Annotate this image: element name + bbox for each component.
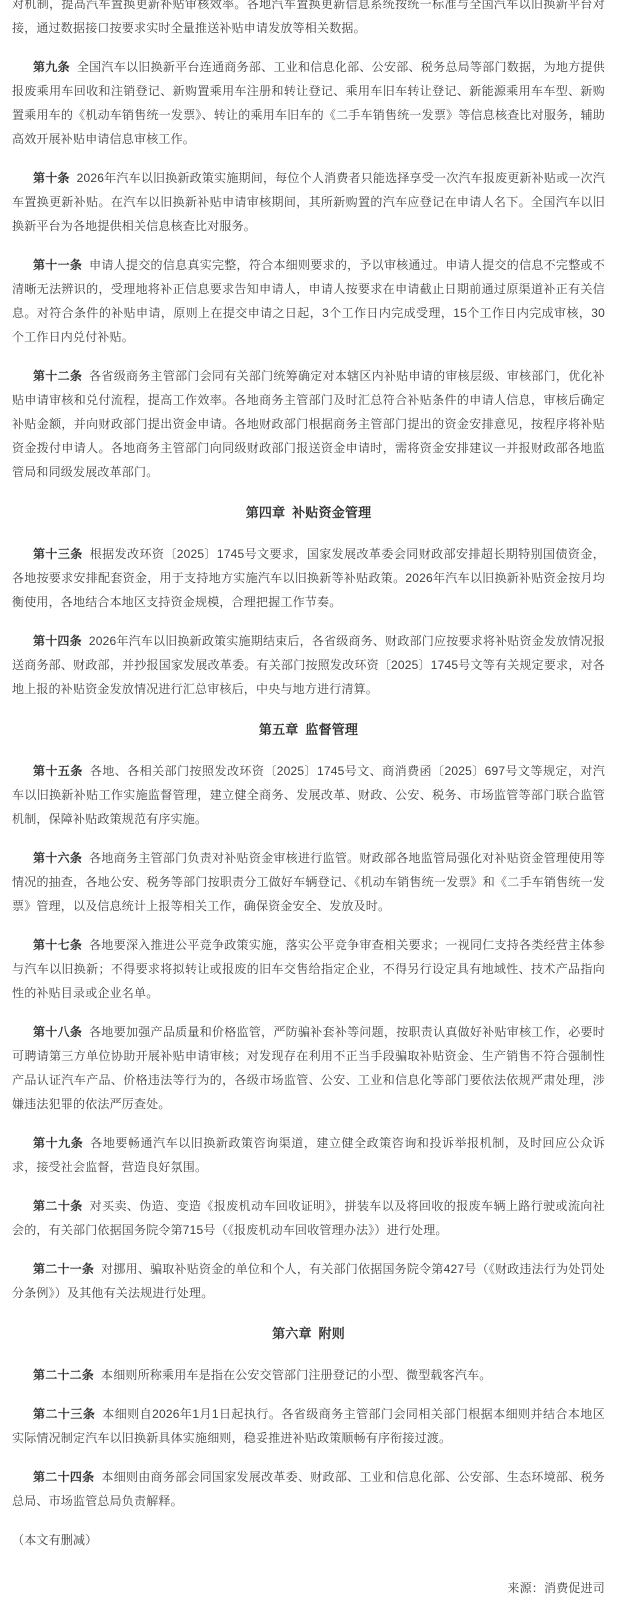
article-paragraph: 第二十四条本细则由商务部会同国家发展改革委、财政部、工业和信息化部、公安部、生态… <box>12 1465 605 1513</box>
article-text: 对买卖、伪造、变造《报废机动车回收证明》，拼装车以及将回收的报废车辆上路行驶或流… <box>12 1199 605 1237</box>
source-attribution: 来源：消费促进司 <box>12 1576 605 1600</box>
article-paragraph: 第二十二条本细则所称乘用车是指在公安交管部门注册登记的小型、微型载客汽车。 <box>12 1363 605 1387</box>
article-text: 2026年汽车以旧换新政策实施期间，每位个人消费者只能选择享受一次汽车报废更新补… <box>12 171 605 233</box>
article-paragraph: 第十三条根据发改环资〔2025〕1745号文要求，国家发展改革委会同财政部安排超… <box>12 542 605 614</box>
article-number: 第十九条 <box>33 1136 90 1150</box>
article-text: 各地要深入推进公平竞争政策实施，落实公平竞争审查相关要求；一视同仁支持各类经营主… <box>12 938 605 1000</box>
article-paragraph: 第十条2026年汽车以旧换新政策实施期间，每位个人消费者只能选择享受一次汽车报废… <box>12 166 605 238</box>
article-number: 第二十四条 <box>33 1470 101 1484</box>
article-number: 第十六条 <box>33 851 89 865</box>
article-number: 第十三条 <box>33 547 90 561</box>
article-paragraph: 第十七条各地要深入推进公平竞争政策实施，落实公平竞争审查相关要求；一视同仁支持各… <box>12 933 605 1005</box>
article-paragraph: 第二十条对买卖、伪造、变造《报废机动车回收证明》，拼装车以及将回收的报废车辆上路… <box>12 1194 605 1242</box>
article-text: 全国汽车以旧换新平台连通商务部、工业和信息化部、公安部、税务总局等部门数据，为地… <box>12 60 605 146</box>
article-number: 第十八条 <box>33 1025 89 1039</box>
article-number: 第十条 <box>33 171 77 185</box>
article-text: 根据发改环资〔2025〕1745号文要求，国家发展改革委会同财政部安排超长期特别… <box>12 547 605 609</box>
article-paragraph: 第十四条2026年汽车以旧换新政策实施期结束后，各省级商务、财政部门应按要求将补… <box>12 629 605 701</box>
chapter-heading: 第四章 补贴资金管理 <box>12 501 605 525</box>
article-number: 第十二条 <box>33 369 89 383</box>
article-text: 各地商务主管部门负责对补贴资金审核进行监管。财政部各地监管局强化对补贴资金管理使… <box>12 851 605 913</box>
article-number: 第十一条 <box>33 258 89 272</box>
article-paragraph: 第十一条申请人提交的信息真实完整，符合本细则要求的，予以审核通过。申请人提交的信… <box>12 253 605 349</box>
article-number: 第二十一条 <box>33 1262 101 1276</box>
article-number: 第九条 <box>33 60 77 74</box>
article-paragraph: 第九条全国汽车以旧换新平台连通商务部、工业和信息化部、公安部、税务总局等部门数据… <box>12 55 605 151</box>
article-text: 本细则所称乘用车是指在公安交管部门注册登记的小型、微型载客汽车。 <box>101 1368 491 1382</box>
article-text: 2026年汽车以旧换新政策实施期结束后，各省级商务、财政部门应按要求将补贴资金发… <box>12 634 605 696</box>
chapter-heading: 第六章 附则 <box>12 1322 605 1346</box>
article-text: 申请人提交的信息真实完整，符合本细则要求的，予以审核通过。申请人提交的信息不完整… <box>12 258 605 344</box>
article-paragraph: 第十九条各地要畅通汽车以旧换新政策咨询渠道，建立健全政策咨询和投诉举报机制，及时… <box>12 1131 605 1179</box>
document-blocks: 第九条全国汽车以旧换新平台连通商务部、工业和信息化部、公安部、税务总局等部门数据… <box>12 55 605 1513</box>
article-number: 第十四条 <box>33 634 89 648</box>
article-paragraph: 第十八条各地要加强产品质量和价格监管，严防骗补套补等问题，按职责认真做好补贴审核… <box>12 1020 605 1116</box>
article-paragraph: 第十六条各地商务主管部门负责对补贴资金审核进行监管。财政部各地监管局强化对补贴资… <box>12 846 605 918</box>
article-paragraph: 第十五条各地、各相关部门按照发改环资〔2025〕1745号文、商消费函〔2025… <box>12 759 605 831</box>
deletion-note: （本文有删减） <box>12 1528 605 1552</box>
article-text: 本细则由商务部会同国家发展改革委、财政部、工业和信息化部、公安部、生态环境部、税… <box>12 1470 605 1508</box>
article-text: 各地要加强产品质量和价格监管，严防骗补套补等问题，按职责认真做好补贴审核工作，必… <box>12 1025 605 1111</box>
chapter-heading: 第五章 监督管理 <box>12 718 605 742</box>
paragraph-continuation: 对机制，提高汽车置换更新补贴审核效率。各地汽车置换更新信息系统按统一标准与全国汽… <box>12 0 605 40</box>
article-number: 第十七条 <box>33 938 89 952</box>
article-text: 对挪用、骗取补贴资金的单位和个人，有关部门依据国务院令第427号（《财政违法行为… <box>12 1262 605 1300</box>
article-paragraph: 第二十三条本细则自2026年1月1日起执行。各省级商务主管部门会同相关部门根据本… <box>12 1402 605 1450</box>
article-paragraph: 第十二条各省级商务主管部门会同有关部门统筹确定对本辖区内补贴申请的审核层级、审核… <box>12 364 605 484</box>
article-paragraph: 第二十一条对挪用、骗取补贴资金的单位和个人，有关部门依据国务院令第427号（《财… <box>12 1257 605 1305</box>
article-number: 第十五条 <box>33 764 90 778</box>
policy-document: 对机制，提高汽车置换更新补贴审核效率。各地汽车置换更新信息系统按统一标准与全国汽… <box>0 0 617 1600</box>
article-text: 各地、各相关部门按照发改环资〔2025〕1745号文、商消费函〔2025〕697… <box>12 764 605 826</box>
article-text: 各地要畅通汽车以旧换新政策咨询渠道，建立健全政策咨询和投诉举报机制，及时回应公众… <box>12 1136 605 1174</box>
article-number: 第二十二条 <box>33 1368 101 1382</box>
article-text: 各省级商务主管部门会同有关部门统筹确定对本辖区内补贴申请的审核层级、审核部门，优… <box>12 369 605 479</box>
article-number: 第二十三条 <box>33 1407 102 1421</box>
article-number: 第二十条 <box>33 1199 90 1213</box>
